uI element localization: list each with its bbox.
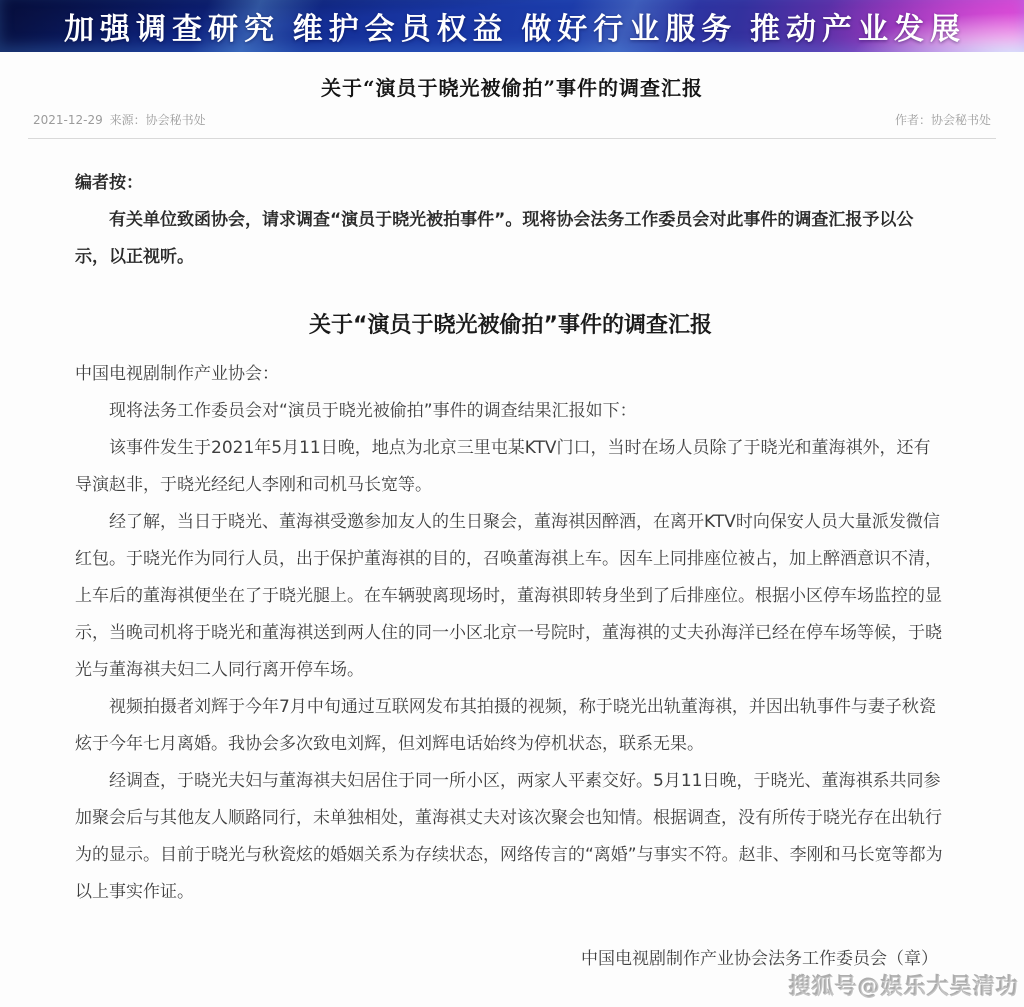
source-label: 来源：协会秘书处 [110, 113, 206, 127]
report-salutation: 中国电视剧制作产业协会： [75, 356, 946, 393]
banner-slogan-3: 做好行业服务 [521, 4, 737, 48]
sohu-watermark: 搜狐号@娱乐大吴清功 [789, 970, 1019, 1001]
report-paragraph: 该事件发生于2021年5月11日晚，地点为北京三里屯某KTV门口，当时在场人员除… [75, 430, 946, 504]
editor-note-label: 编者按： [75, 165, 946, 202]
banner-slogan-1: 加强调查研究 [64, 4, 280, 48]
report-paragraph: 现将法务工作委员会对“演员于晓光被偷拍”事件的调查结果汇报如下： [75, 393, 946, 430]
editor-note: 编者按： 有关单位致函协会，请求调查“演员于晓光被拍事件”。现将协会法务工作委员… [75, 165, 946, 276]
report-paragraphs: 现将法务工作委员会对“演员于晓光被偷拍”事件的调查结果汇报如下：该事件发生于20… [75, 393, 946, 911]
meta-date-source: 2021-12-29 来源：协会秘书处 [33, 111, 209, 128]
report-paragraph: 经调查，于晓光夫妇与董海祺夫妇居住于同一所小区，两家人平素交好。5月11日晚，于… [75, 763, 946, 911]
page-title: 关于“演员于晓光被偷拍”事件的调查汇报 [0, 72, 1024, 101]
masthead: 关于“演员于晓光被偷拍”事件的调查汇报 2021-12-29 来源：协会秘书处 … [0, 72, 1024, 139]
top-banner: 加强调查研究 维护会员权益 做好行业服务 推动产业发展 [0, 0, 1024, 52]
article-meta: 2021-12-29 来源：协会秘书处 作者：协会秘书处 [0, 111, 1024, 128]
editor-note-text: 有关单位致函协会，请求调查“演员于晓光被拍事件”。现将协会法务工作委员会对此事件… [75, 202, 946, 276]
author-label: 作者：协会秘书处 [895, 111, 991, 128]
report-paragraph: 经了解，当日于晓光、董海祺受邀参加友人的生日聚会，董海祺因醉酒，在离开KTV时向… [75, 504, 946, 689]
banner-slogan-4: 推动产业发展 [750, 4, 966, 48]
report-heading: 关于“演员于晓光被偷拍”事件的调查汇报 [75, 310, 946, 342]
banner-slogan-2: 维护会员权益 [293, 4, 509, 48]
report-paragraph: 视频拍摄者刘辉于今年7月中旬通过互联网发布其拍摄的视频，称于晓光出轨董海祺，并因… [75, 689, 946, 763]
publish-date: 2021-12-29 [33, 113, 103, 127]
article-body: 编者按： 有关单位致函协会，请求调查“演员于晓光被拍事件”。现将协会法务工作委员… [0, 139, 1024, 978]
